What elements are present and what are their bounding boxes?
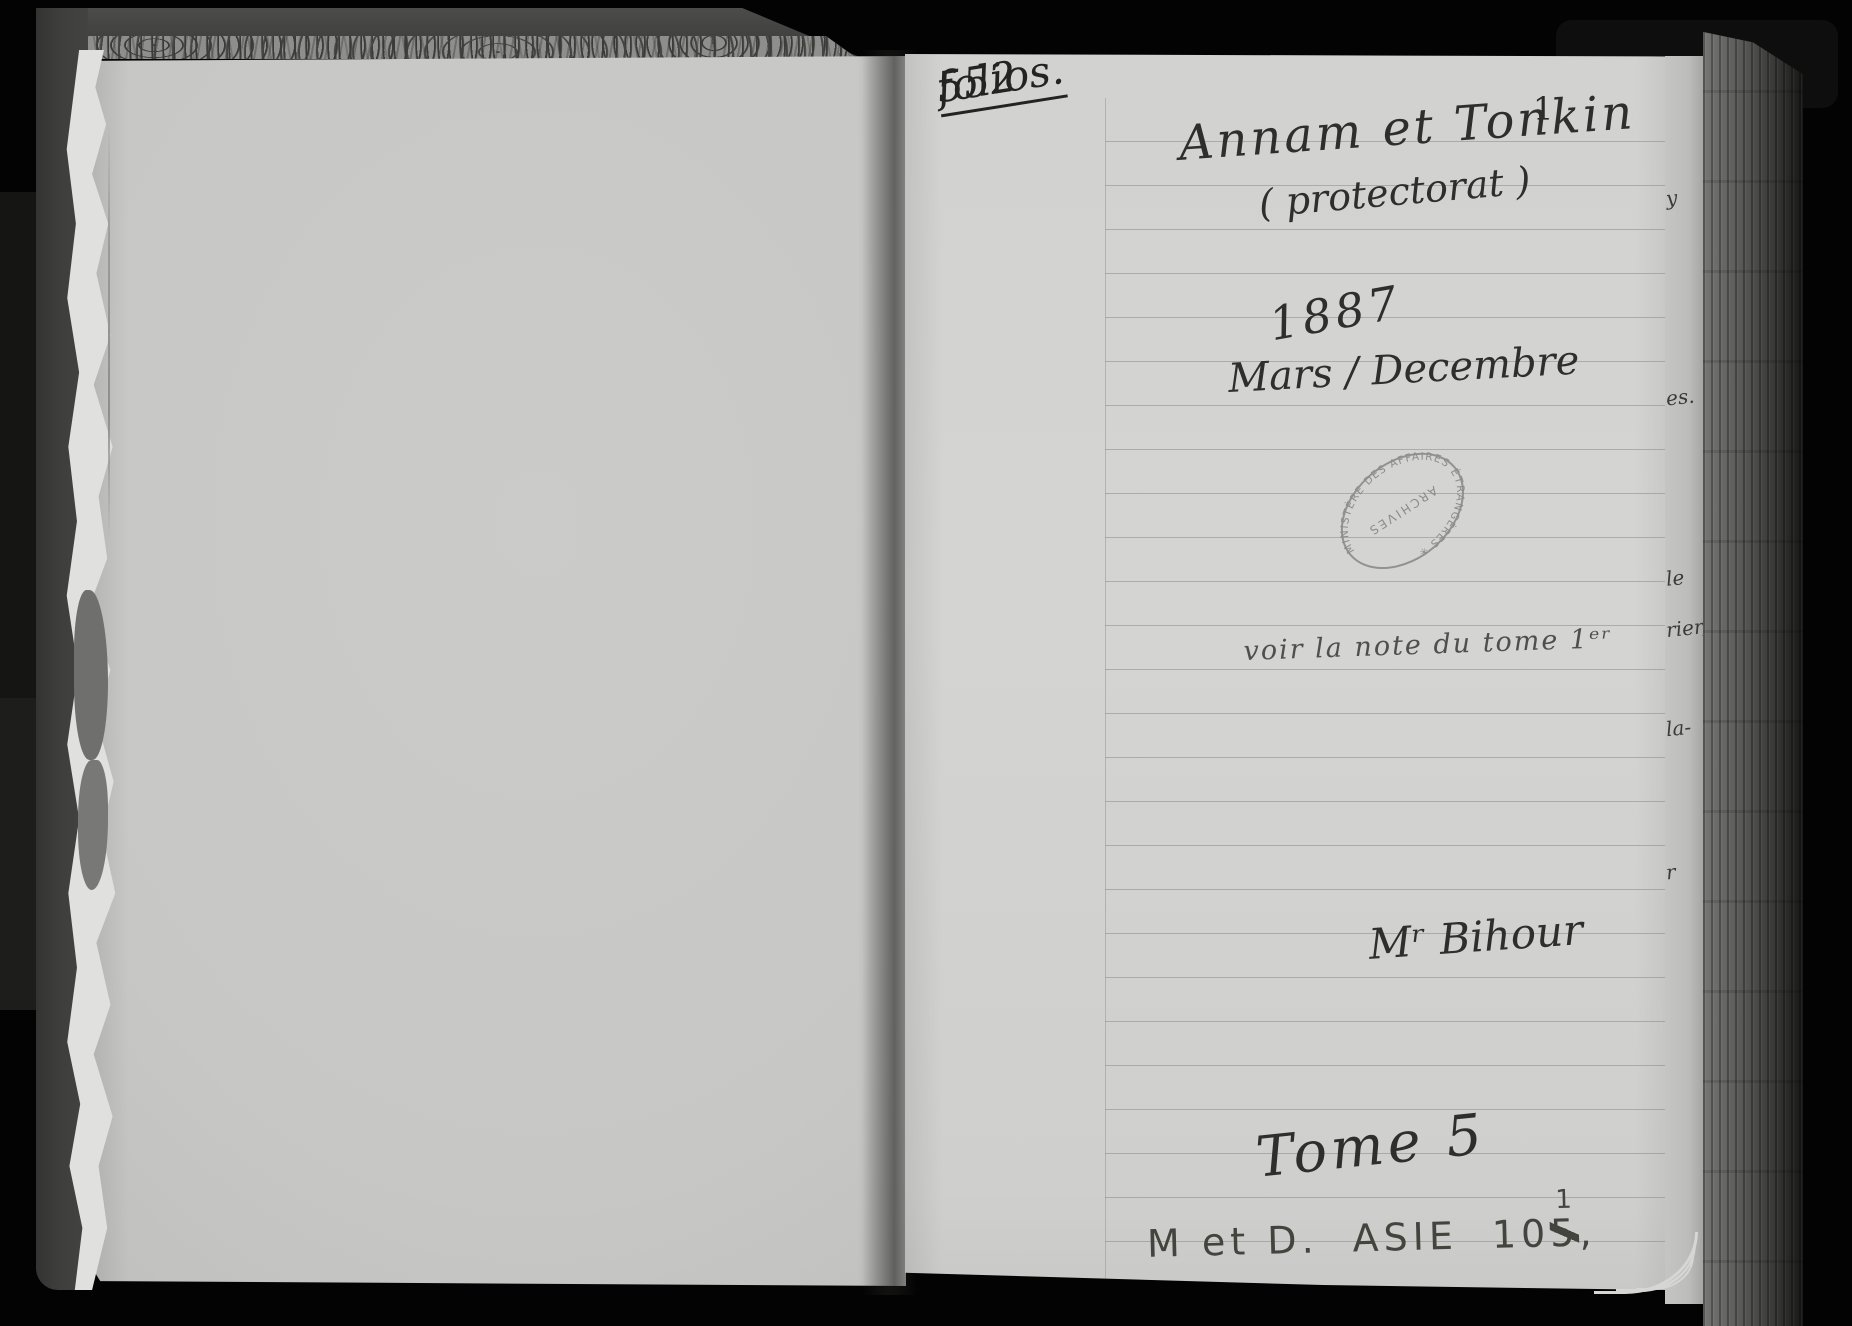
handwriting-fragment: r xyxy=(1665,860,1677,885)
paper-crack-line xyxy=(108,120,110,540)
shelfmark-number: 10 xyxy=(1491,1211,1550,1257)
shelfmark-correction-digit: 1 xyxy=(1555,1185,1577,1216)
handwriting-fragment: es. xyxy=(1665,384,1696,411)
right-page: 552 folios. 1 Annam et Tonkin ( protecto… xyxy=(905,54,1665,1290)
book-spine-edge-upper xyxy=(0,192,40,712)
shelfmark-struck-digit: 5 xyxy=(1550,1211,1580,1256)
handwriting-fragment: y xyxy=(1665,185,1679,210)
handwriting-fragment: la- xyxy=(1665,715,1692,741)
page-fore-edges xyxy=(1703,0,1803,1326)
shelfmark-prefix: M et D. xyxy=(1147,1217,1320,1265)
underlying-page-edge: y es. le rier, la- r xyxy=(1665,56,1705,1304)
left-blank-page xyxy=(88,56,906,1286)
handwriting-fragment: le xyxy=(1665,565,1685,591)
folio-count-annotation: 552 folios. xyxy=(933,44,1067,112)
shelfmark-region: ASIE xyxy=(1352,1214,1458,1261)
marbled-endpaper-edge xyxy=(58,36,858,59)
scanned-book-spread: 552 folios. 1 Annam et Tonkin ( protecto… xyxy=(0,0,1852,1326)
handwriting-fragment: rier, xyxy=(1665,614,1705,642)
stamp-center-text: ARCHIVES xyxy=(1365,483,1440,538)
